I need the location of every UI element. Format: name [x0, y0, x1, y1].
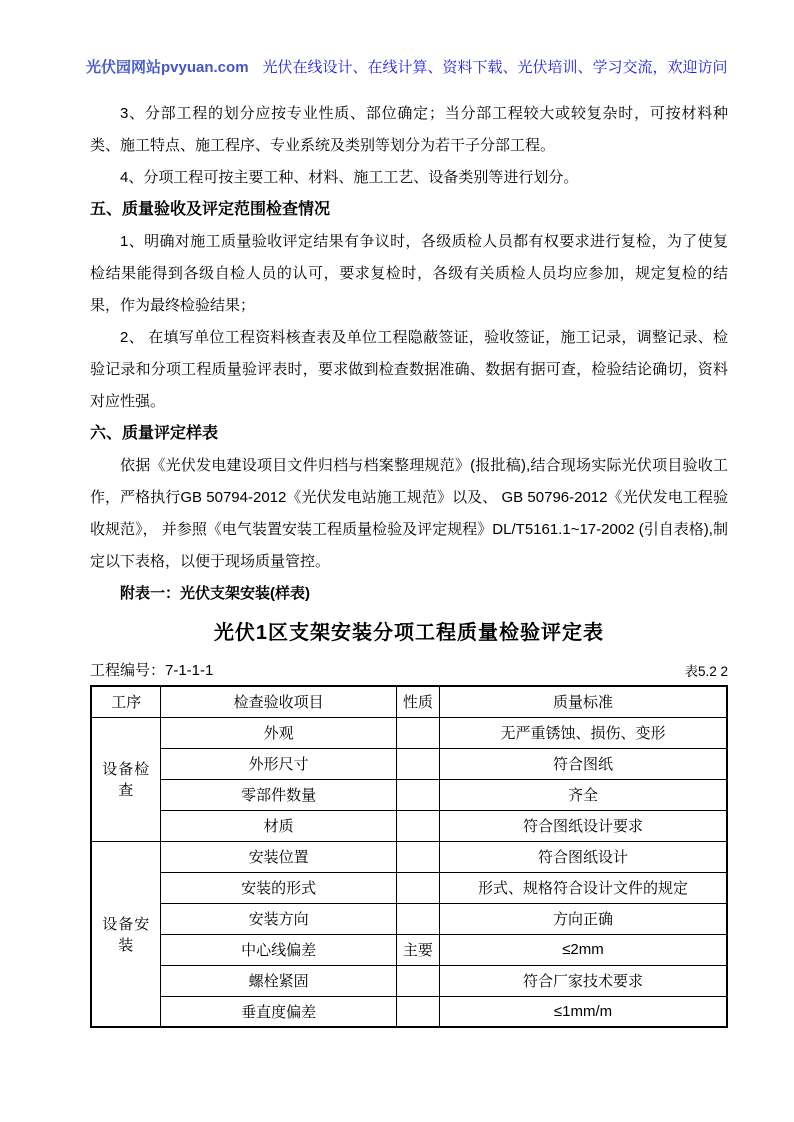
paragraph-5-2: 2、 在填写单位工程资料核查表及单位工程隐蔽签证，验收签证，施工记录，调整记录、…: [90, 322, 728, 418]
nature-cell: [396, 841, 439, 872]
section-heading-5: 五、质量验收及评定范围检查情况: [90, 194, 728, 226]
standard-cell: 符合图纸设计: [440, 841, 728, 872]
site-link[interactable]: 光伏园网站pvyuan.com: [86, 59, 249, 76]
nature-cell: [396, 779, 439, 810]
nature-cell: [396, 903, 439, 934]
paragraph-6: 依据《光伏发电建设项目文件归档与档案整理规范》(报批稿),结合现场实际光伏项目验…: [90, 450, 728, 578]
item-cell: 螺栓紧固: [161, 965, 396, 996]
item-cell: 安装的形式: [161, 872, 396, 903]
project-number: 工程编号：7-1-1-1: [90, 660, 213, 682]
table-row: 材质符合图纸设计要求: [91, 810, 727, 841]
item-cell: 外观: [161, 717, 396, 748]
paragraph-4: 4、分项工程可按主要工种、材料、施工工艺、设备类别等进行划分。: [90, 162, 728, 194]
nature-cell: [396, 810, 439, 841]
standard-cell: 形式、规格符合设计文件的规定: [440, 872, 728, 903]
paragraph-5-1: 1、明确对施工质量验收评定结果有争议时，各级质检人员都有权要求进行复检，为了使复…: [90, 226, 728, 322]
quality-spec-table: 工序 检查验收项目 性质 质量标准 设备检查外观无严重锈蚀、损伤、变形外形尺寸符…: [90, 685, 728, 1028]
item-cell: 安装位置: [161, 841, 396, 872]
table-title: 光伏1区支架安装分项工程质量检验评定表: [90, 620, 728, 646]
item-cell: 中心线偏差: [161, 934, 396, 965]
standard-cell: ≤2mm: [440, 934, 728, 965]
table-row: 中心线偏差主要≤2mm: [91, 934, 727, 965]
item-cell: 外形尺寸: [161, 748, 396, 779]
standard-cell: 方向正确: [440, 903, 728, 934]
table-row: 垂直度偏差≤1mm/m: [91, 996, 727, 1027]
table-row: 设备安装安装位置符合图纸设计: [91, 841, 727, 872]
standard-cell: 无严重锈蚀、损伤、变形: [440, 717, 728, 748]
item-cell: 零部件数量: [161, 779, 396, 810]
nature-cell: [396, 996, 439, 1027]
standard-cell: ≤1mm/m: [440, 996, 728, 1027]
table-row: 设备检查外观无严重锈蚀、损伤、变形: [91, 717, 727, 748]
table-number: 表5.2 2: [684, 662, 728, 682]
column-header-nature: 性质: [396, 686, 439, 717]
nature-cell: [396, 965, 439, 996]
standard-cell: 符合厂家技术要求: [440, 965, 728, 996]
standard-cell: 符合图纸: [440, 748, 728, 779]
table-row: 零部件数量齐全: [91, 779, 727, 810]
table-meta-line: 工程编号：7-1-1-1 表5.2 2: [90, 660, 728, 682]
paragraph-3: 3、分部工程的划分应按专业性质、部位确定；当分部工程较大或较复杂时，可按材料种类…: [90, 98, 728, 162]
table-row: 安装的形式形式、规格符合设计文件的规定: [91, 872, 727, 903]
site-tagline: 光伏在线设计、在线计算、资料下载、光伏培训、学习交流，欢迎访问: [263, 59, 728, 76]
site-header-line: 光伏园网站pvyuan.com光伏在线设计、在线计算、资料下载、光伏培训、学习交…: [86, 58, 728, 78]
nature-cell: [396, 748, 439, 779]
nature-cell: 主要: [396, 934, 439, 965]
standard-cell: 符合图纸设计要求: [440, 810, 728, 841]
column-header-item: 检查验收项目: [161, 686, 396, 717]
stage-cell: 设备检查: [91, 717, 161, 841]
table-header-row: 工序 检查验收项目 性质 质量标准: [91, 686, 727, 717]
table-row: 螺栓紧固符合厂家技术要求: [91, 965, 727, 996]
nature-cell: [396, 717, 439, 748]
stage-cell: 设备安装: [91, 841, 161, 1027]
item-cell: 安装方向: [161, 903, 396, 934]
nature-cell: [396, 872, 439, 903]
standard-cell: 齐全: [440, 779, 728, 810]
table-row: 安装方向方向正确: [91, 903, 727, 934]
item-cell: 垂直度偏差: [161, 996, 396, 1027]
spec-table-body: 工序 检查验收项目 性质 质量标准 设备检查外观无严重锈蚀、损伤、变形外形尺寸符…: [91, 686, 727, 1027]
table-row: 外形尺寸符合图纸: [91, 748, 727, 779]
document-page: 光伏园网站pvyuan.com光伏在线设计、在线计算、资料下载、光伏培训、学习交…: [0, 0, 794, 1028]
item-cell: 材质: [161, 810, 396, 841]
appendix-label: 附表一：光伏支架安装(样表): [90, 578, 728, 610]
section-heading-6: 六、质量评定样表: [90, 418, 728, 450]
column-header-standard: 质量标准: [440, 686, 728, 717]
column-header-stage: 工序: [91, 686, 161, 717]
